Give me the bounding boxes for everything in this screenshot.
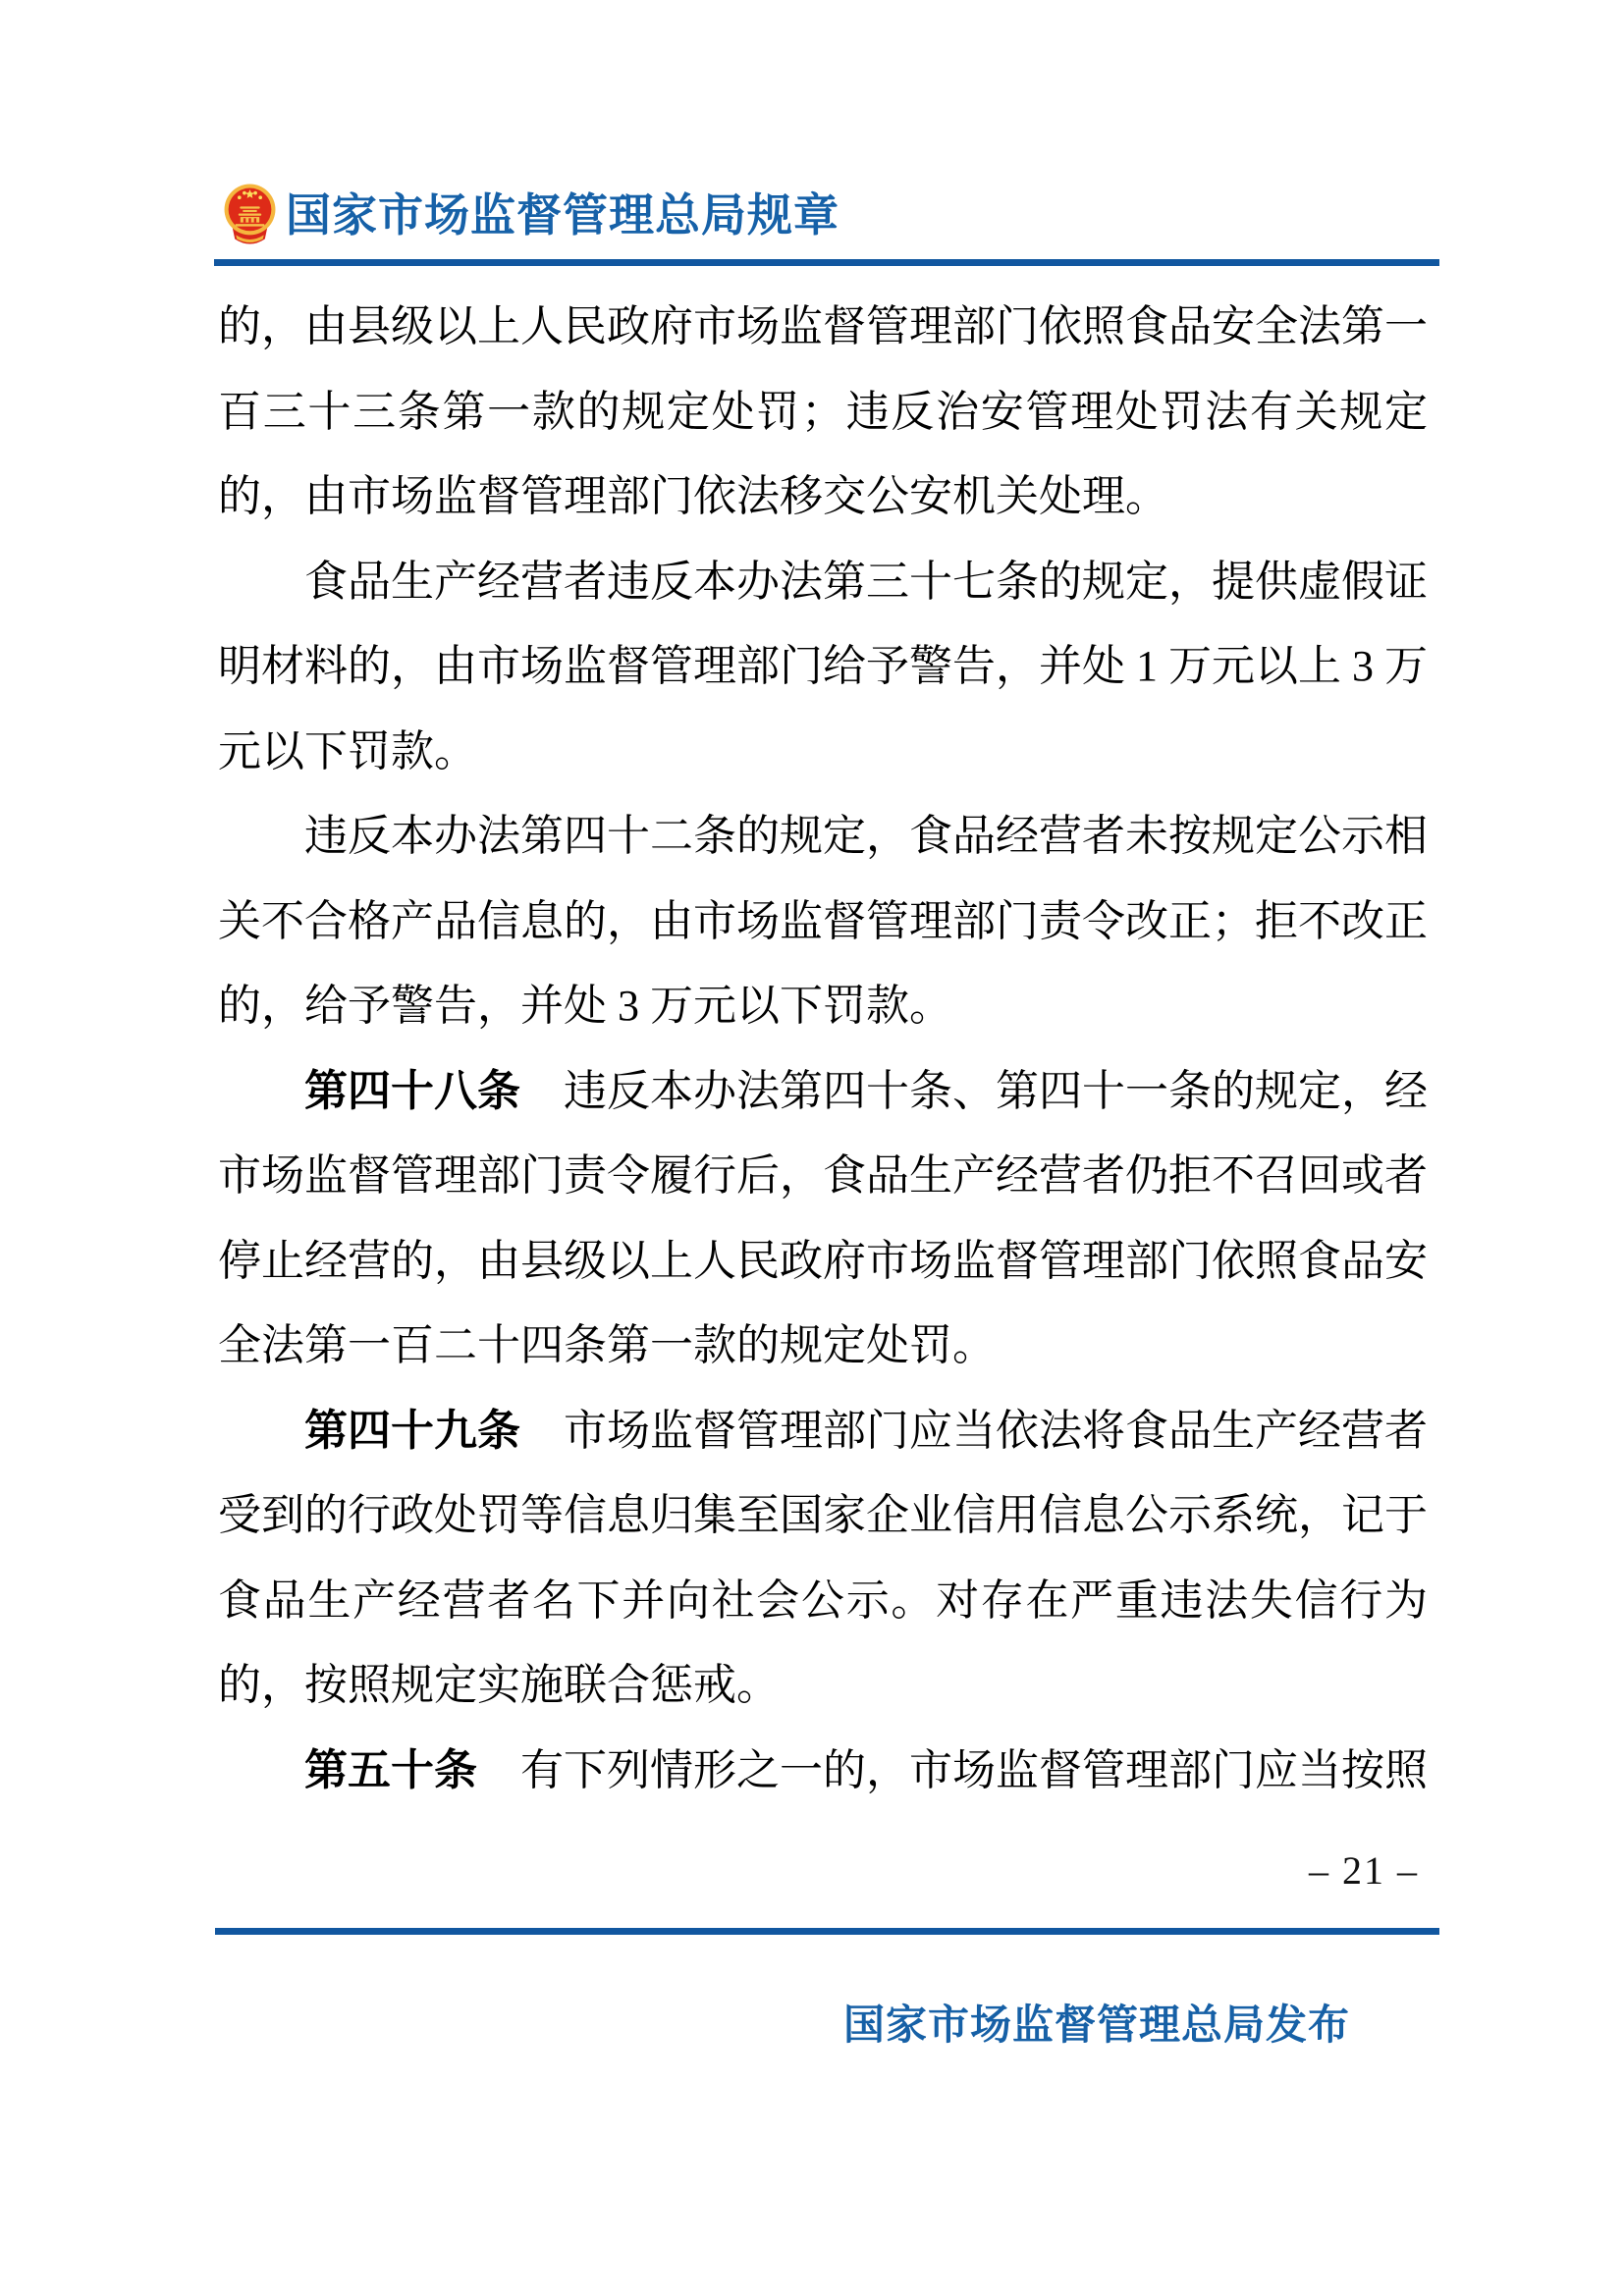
footer-rule	[215, 1928, 1439, 1935]
national-emblem-icon	[222, 183, 278, 245]
paragraph-text: 有下列情形之一的，市场监督管理部门应当按照	[520, 1746, 1428, 1794]
document-body: 的，由县级以上人民政府市场监督管理部门依照食品安全法第一百三十三条第一款的规定处…	[218, 285, 1428, 1813]
paragraph: 第四十八条违反本办法第四十条、第四十一条的规定，经市场监督管理部门责令履行后，食…	[218, 1049, 1428, 1389]
paragraph-text: 违反本办法第四十二条的规定，食品经营者未按规定公示相关不合格产品信息的，由市场监…	[218, 812, 1428, 1030]
article-number: 第五十条	[304, 1746, 477, 1794]
article-number: 第四十八条	[304, 1067, 520, 1115]
publisher-line: 国家市场监督管理总局发布	[843, 2002, 1350, 2050]
page-title: 国家市场监督管理总局规章	[286, 190, 839, 241]
paragraph: 食品生产经营者违反本办法第三十七条的规定，提供虚假证明材料的，由市场监督管理部门…	[218, 540, 1428, 795]
paragraph: 第五十条有下列情形之一的，市场监督管理部门应当按照	[218, 1729, 1428, 1814]
article-number: 第四十九条	[304, 1407, 520, 1455]
paragraph: 第四十九条市场监督管理部门应当依法将食品生产经营者受到的行政处罚等信息归集至国家…	[218, 1389, 1428, 1729]
page-number: – 21 –	[1309, 1849, 1419, 1893]
paragraph-text: 食品生产经营者违反本办法第三十七条的规定，提供虚假证明材料的，由市场监督管理部门…	[218, 558, 1428, 775]
paragraph-text: 的，由县级以上人民政府市场监督管理部门依照食品安全法第一百三十三条第一款的规定处…	[218, 302, 1428, 520]
paragraph: 违反本办法第四十二条的规定，食品经营者未按规定公示相关不合格产品信息的，由市场监…	[218, 794, 1428, 1049]
paragraph: 的，由县级以上人民政府市场监督管理部门依照食品安全法第一百三十三条第一款的规定处…	[218, 285, 1428, 540]
document-page: 国家市场监督管理总局规章 的，由县级以上人民政府市场监督管理部门依照食品安全法第…	[0, 0, 1624, 2296]
header-rule	[214, 259, 1439, 266]
